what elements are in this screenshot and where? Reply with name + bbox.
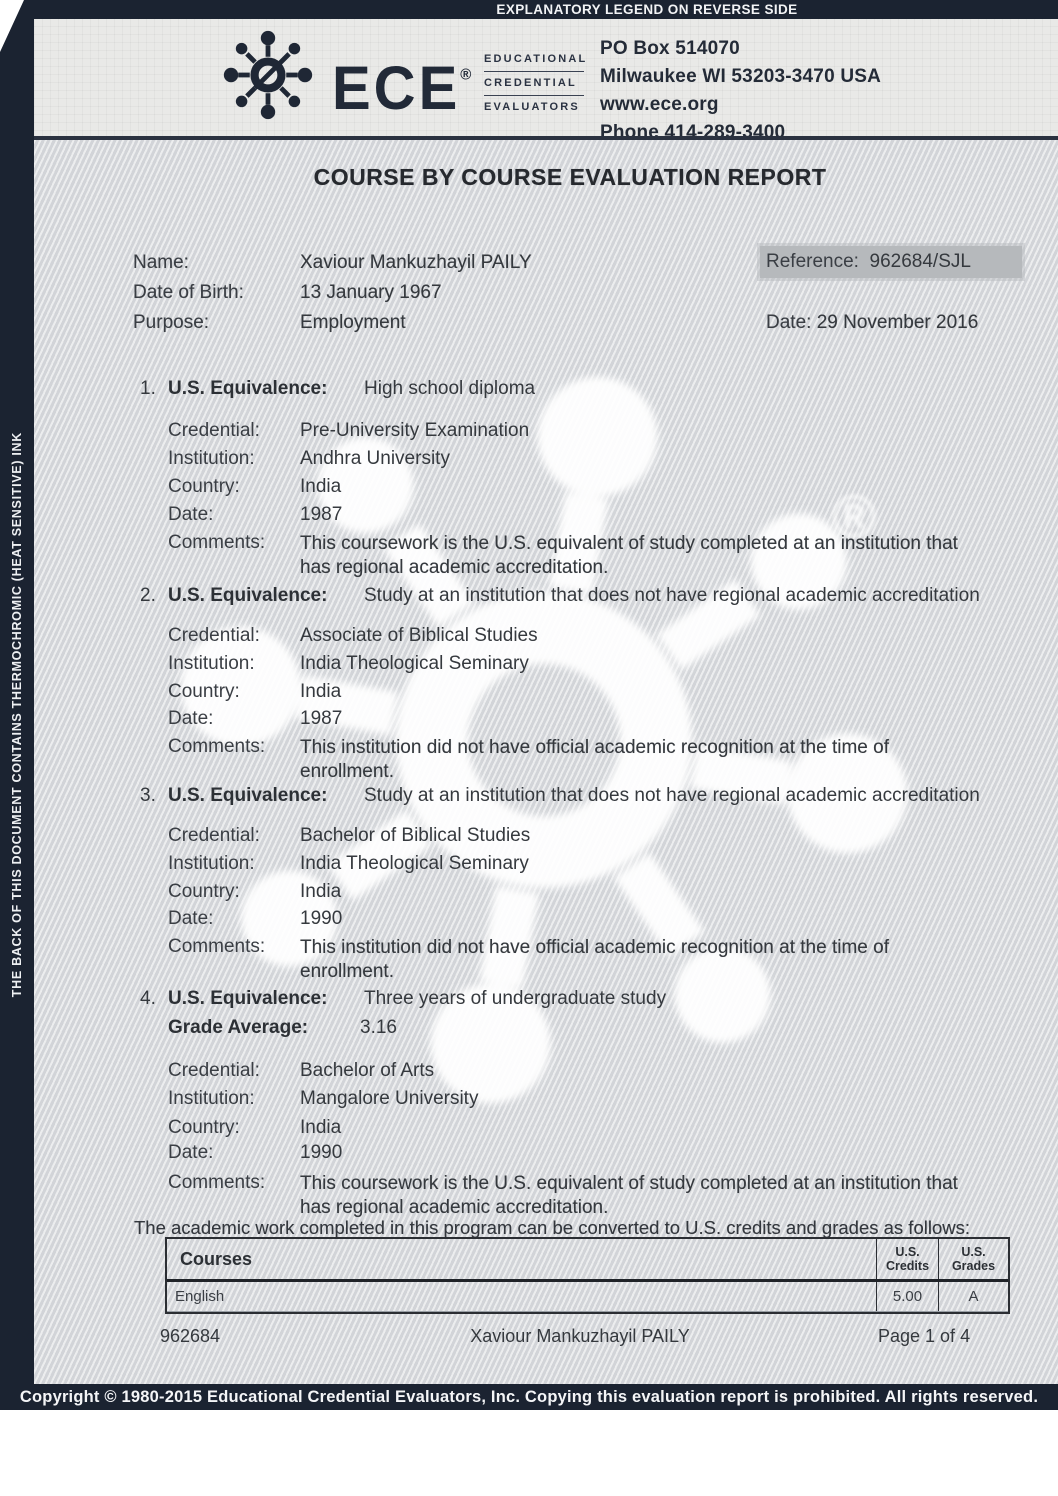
institution-value: India Theological Seminary: [300, 653, 529, 675]
section-number: 4.: [140, 988, 156, 1010]
date-value: 1987: [300, 708, 342, 730]
equivalence-value: Study at an institution that does not ha…: [364, 785, 980, 807]
name-value: Xaviour Mankuzhayil PAILY: [300, 252, 532, 274]
comments-value: This institution did not have official a…: [300, 736, 960, 783]
institution-label: Institution:: [168, 1088, 255, 1110]
scanned-evaluation-report: EXPLANATORY LEGEND ON REVERSE SIDE THE B…: [0, 0, 1058, 1496]
date-label: Date:: [168, 504, 213, 526]
report-date-value: 29 November 2016: [817, 312, 979, 333]
purpose-label: Purpose:: [133, 312, 209, 334]
report-date-row: Date: 29 November 2016: [766, 312, 978, 334]
institution-value: India Theological Seminary: [300, 853, 529, 875]
brand-word-credential: CREDENTIAL: [484, 71, 584, 95]
country-label: Country:: [168, 881, 240, 903]
brand-descriptor: EDUCATIONAL CREDENTIAL EVALUATORS: [484, 48, 584, 119]
equivalence-label: U.S. Equivalence:: [168, 378, 327, 400]
equivalence-label: U.S. Equivalence:: [168, 785, 327, 807]
institution-label: Institution:: [168, 653, 255, 675]
equivalence-label: U.S. Equivalence:: [168, 585, 327, 607]
course-credits-cell: 5.00: [876, 1282, 938, 1311]
reference-value: 962684/SJL: [870, 251, 971, 272]
credential-label: Credential:: [168, 825, 260, 847]
address-block: PO Box 514070 Milwaukee WI 53203-3470 US…: [600, 35, 881, 147]
grade-average-value: 3.16: [360, 1017, 397, 1039]
us-credits-column-header: U.S. Credits: [876, 1239, 938, 1279]
letterhead: ECE® EDUCATIONAL CREDENTIAL EVALUATORS P…: [34, 19, 1058, 136]
institution-label: Institution:: [168, 448, 255, 470]
comments-label: Comments:: [168, 936, 265, 958]
brand-word-evaluators: EVALUATORS: [484, 95, 584, 119]
brand-wordmark: ECE®: [332, 53, 471, 124]
address-po-box: PO Box 514070: [600, 35, 881, 63]
country-value: India: [300, 476, 341, 498]
comments-value: This coursework is the U.S. equivalent o…: [300, 1172, 960, 1219]
institution-value: Mangalore University: [300, 1088, 478, 1110]
country-value: India: [300, 1117, 341, 1139]
date-value: 1987: [300, 504, 342, 526]
comments-label: Comments:: [168, 736, 265, 758]
reference-highlight: Reference: 962684/SJL: [760, 246, 1022, 278]
dob-label: Date of Birth:: [133, 282, 244, 304]
comments-label: Comments:: [168, 1172, 265, 1194]
course-grade-cell: A: [938, 1282, 1008, 1311]
credential-value: Associate of Biblical Studies: [300, 625, 538, 647]
date-label: Date:: [168, 708, 213, 730]
equivalence-label: U.S. Equivalence:: [168, 988, 327, 1010]
credential-value: Pre-University Examination: [300, 420, 529, 442]
equivalence-value: Three years of undergraduate study: [364, 988, 666, 1010]
report-title: COURSE BY COURSE EVALUATION REPORT: [34, 164, 1058, 191]
comments-value: This institution did not have official a…: [300, 936, 960, 983]
purpose-value: Employment: [300, 312, 406, 334]
section-number: 3.: [140, 785, 156, 807]
equivalence-value: High school diploma: [364, 378, 535, 400]
footer-page-indicator: Page 1 of 4: [878, 1326, 970, 1347]
institution-label: Institution:: [168, 853, 255, 875]
country-value: India: [300, 681, 341, 703]
course-name-cell: English: [167, 1282, 876, 1311]
scan-corner-dogear: [0, 0, 24, 52]
top-banner: EXPLANATORY LEGEND ON REVERSE SIDE: [0, 0, 1058, 19]
credential-label: Credential:: [168, 1060, 260, 1082]
date-label: Date:: [168, 908, 213, 930]
address-city: Milwaukee WI 53203-3470 USA: [600, 63, 881, 91]
reference-row: Reference: 962684/SJL: [766, 251, 971, 273]
country-label: Country:: [168, 476, 240, 498]
registered-trademark-symbol: ®: [460, 66, 471, 84]
credential-label: Credential:: [168, 625, 260, 647]
date-value: 1990: [300, 908, 342, 930]
country-label: Country:: [168, 681, 240, 703]
us-grades-column-header: U.S. Grades: [938, 1239, 1008, 1279]
brand-ece: ECE: [332, 54, 460, 123]
copyright-banner: Copyright © 1980-2015 Educational Creden…: [0, 1384, 1058, 1410]
credential-value: Bachelor of Biblical Studies: [300, 825, 530, 847]
top-banner-text: EXPLANATORY LEGEND ON REVERSE SIDE: [496, 2, 797, 17]
credential-value: Bachelor of Arts: [300, 1060, 434, 1082]
institution-value: Andhra University: [300, 448, 450, 470]
credit-conversion-note: The academic work completed in this prog…: [134, 1217, 970, 1239]
date-label: Date:: [168, 1142, 213, 1164]
report-date-label: Date:: [766, 312, 811, 333]
name-label: Name:: [133, 252, 189, 274]
ece-molecule-logo-icon: [220, 27, 316, 123]
grade-average-label: Grade Average:: [168, 1017, 308, 1039]
courses-table-header-row: Courses U.S. Credits U.S. Grades: [167, 1239, 1008, 1282]
brand-word-educational: EDUCATIONAL: [484, 48, 584, 71]
dob-value: 13 January 1967: [300, 282, 442, 304]
courses-column-header: Courses: [167, 1239, 876, 1279]
date-value: 1990: [300, 1142, 342, 1164]
copyright-text: Copyright © 1980-2015 Educational Creden…: [20, 1388, 1038, 1407]
country-label: Country:: [168, 1117, 240, 1139]
equivalence-value: Study at an institution that does not ha…: [364, 585, 980, 607]
reference-label: Reference:: [766, 251, 859, 272]
credential-label: Credential:: [168, 420, 260, 442]
section-number: 1.: [140, 378, 156, 400]
comments-label: Comments:: [168, 532, 265, 554]
courses-table: Courses U.S. Credits U.S. Grades English…: [165, 1237, 1010, 1314]
side-banner-text: THE BACK OF THIS DOCUMENT CONTAINS THERM…: [10, 432, 24, 997]
course-row: English 5.00 A: [167, 1282, 1008, 1312]
report-body: ® COURSE BY COURSE EVALUATION REPORT Nam…: [34, 140, 1058, 1384]
comments-value: This coursework is the U.S. equivalent o…: [300, 532, 960, 579]
side-banner: THE BACK OF THIS DOCUMENT CONTAINS THERM…: [0, 19, 34, 1410]
address-website: www.ece.org: [600, 91, 881, 119]
section-number: 2.: [140, 585, 156, 607]
country-value: India: [300, 881, 341, 903]
